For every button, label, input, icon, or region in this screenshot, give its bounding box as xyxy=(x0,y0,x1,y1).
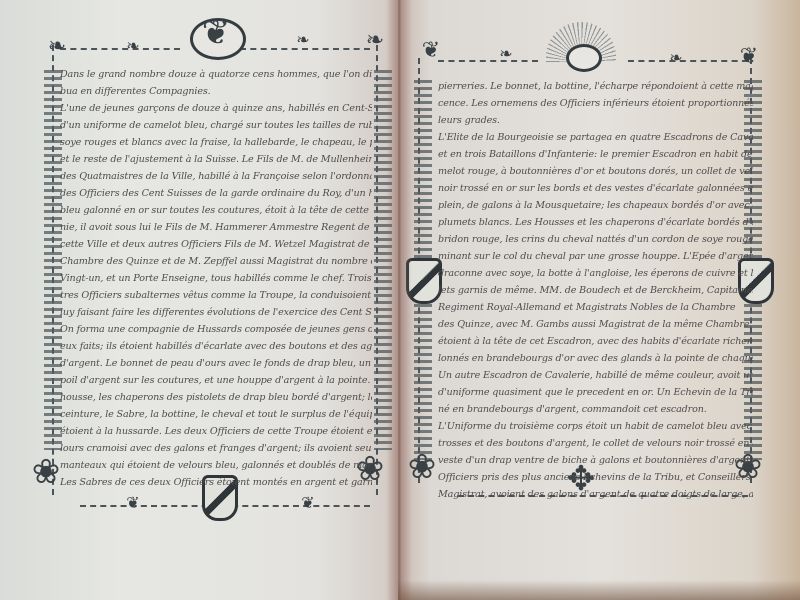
top-left-ornament-icon: ❦ xyxy=(418,40,444,62)
text-line: né en brandebourgs d'argent, commandoit … xyxy=(438,401,753,418)
left-page: ❦ ❧ ❧ ❧ ❧ ❀ ❀ ❦ ❦ Dans le grand nombre d… xyxy=(0,0,398,600)
text-line: luy faisant faire les differentes évolut… xyxy=(60,304,372,321)
book-gutter xyxy=(386,0,412,600)
text-line: L'Elite de la Bourgeoisie se partagea en… xyxy=(438,129,753,146)
text-line: nie, il avoit sous lui le Fils de M. Ham… xyxy=(60,219,372,236)
text-line: et en trois Bataillons d'Infanterie: le … xyxy=(438,146,753,163)
text-line: étoient à la hussarde. Les deux Officier… xyxy=(60,423,372,440)
text-line: melot rouge, à boutonnières d'or et bout… xyxy=(438,163,753,180)
top-scroll-ornament-icon: ❧ xyxy=(493,46,519,62)
page-edge-shadow xyxy=(398,580,800,600)
text-line: pierreries. Le bonnet, la bottine, l'éch… xyxy=(438,78,753,95)
text-line: On forma une compagnie de Hussards compo… xyxy=(60,321,372,338)
text-line: lonnés en brandebourgs d'or avec des gla… xyxy=(438,350,753,367)
top-scroll-ornament-icon: ❧ xyxy=(663,50,689,66)
top-left-ornament-icon: ❧ xyxy=(44,36,70,58)
text-line: d'un uniforme de camelot bleu, chargé su… xyxy=(60,117,372,134)
text-line: étoient à la tête de cet Escadron, avec … xyxy=(438,333,753,350)
right-page-body-text: pierreries. Le bonnet, la bottine, l'éch… xyxy=(438,78,753,503)
text-line: cence. Les ornemens des Officiers inféri… xyxy=(438,95,753,112)
text-line: des Quinze, avec M. Gambs aussi Magistra… xyxy=(438,316,753,333)
text-line: plein, de galons à la Mousquetaire; les … xyxy=(438,197,753,214)
text-line: minant sur le col du cheval par une gros… xyxy=(438,248,753,265)
text-line: Magistrat, avoient des galons d'argent d… xyxy=(438,486,753,503)
text-line: housse, les chaperons des pistolets de d… xyxy=(60,389,372,406)
text-line: Chambre des Quinze et de M. Zepffel auss… xyxy=(60,253,372,270)
text-line: d'uniforme quasiment que le precedent en… xyxy=(438,384,753,401)
text-line: bua en differentes Compagnies. xyxy=(60,83,372,100)
text-line: Dans le grand nombre douze à quatorze ce… xyxy=(60,66,372,83)
text-line: Vingt-un, et un Porte Enseigne, tous hab… xyxy=(60,270,372,287)
top-right-ornament-icon: ❧ xyxy=(362,30,388,52)
top-center-ornament-icon: ❦ xyxy=(196,16,236,50)
text-line: noir trossé en or sur les bords et des v… xyxy=(438,180,753,197)
top-border-rule-left xyxy=(438,60,538,62)
text-line: plumets blancs. Les Housses et les chape… xyxy=(438,214,753,231)
text-line: ceinture, le Sabre, la bottine, le cheva… xyxy=(60,406,372,423)
text-line: Regiment Royal-Allemand et Magistrats No… xyxy=(438,299,753,316)
top-cartouche xyxy=(566,44,602,72)
text-line: Officiers pris des plus anciens Echevins… xyxy=(438,469,753,486)
text-line: L'Uniforme du troisième corps étoit un h… xyxy=(438,418,753,435)
left-page-body-text: Dans le grand nombre douze à quatorze ce… xyxy=(60,66,372,491)
bottom-scroll-ornament-icon: ❦ xyxy=(295,495,321,511)
top-right-ornament-icon: ❦ xyxy=(736,46,762,68)
text-line: des Officiers des Cent Suisses de la gar… xyxy=(60,185,372,202)
text-line: veste d'un drap ventre de biche à galons… xyxy=(438,452,753,469)
top-scroll-ornament-icon: ❧ xyxy=(120,38,146,54)
text-line: bridon rouge, les crins du cheval nattés… xyxy=(438,231,753,248)
bottom-scroll-ornament-icon: ❦ xyxy=(120,495,146,511)
text-line: trosses et des boutons d'argent, le coll… xyxy=(438,435,753,452)
text-line: Les Sabres de ces deux Officiers étoient… xyxy=(60,474,372,491)
text-line: draconne avec soye, la botte à l'anglois… xyxy=(438,265,753,282)
text-line: Un autre Escadron de Cavalerie, habillé … xyxy=(438,367,753,384)
text-line: lets garnis de même. MM. de Boudech et d… xyxy=(438,282,753,299)
text-line: soye rouges et blancs avec la fraise, la… xyxy=(60,134,372,151)
top-scroll-ornament-icon: ❧ xyxy=(290,32,316,48)
right-page: ❦ ❦ ❧ ❧ ✥ ❀ ❀ pierreries. Le bonnet, la … xyxy=(398,0,800,600)
text-line: bleu galonné en or sur toutes les coutur… xyxy=(60,202,372,219)
text-line: lours cramoisi avec des galons et frange… xyxy=(60,440,372,457)
text-line: eux faits; ils étoient habillés d'écarla… xyxy=(60,338,372,355)
text-line: d'argent. Le bonnet de peau d'ours avec … xyxy=(60,355,372,372)
text-line: manteaux qui étoient de velours bleu, ga… xyxy=(60,457,372,474)
text-line: des Quatmaistres de la Ville, habillé à … xyxy=(60,168,372,185)
open-book: ❦ ❧ ❧ ❧ ❧ ❀ ❀ ❦ ❦ Dans le grand nombre d… xyxy=(0,0,800,600)
text-line: cette Ville et deux autres Officiers Fil… xyxy=(60,236,372,253)
text-line: L'une de jeunes garçons de douze à quinz… xyxy=(60,100,372,117)
text-line: et le reste de l'ajustement à la Suisse.… xyxy=(60,151,372,168)
text-line: tres Officiers subalternes vêtus comme l… xyxy=(60,287,372,304)
text-line: leurs grades. xyxy=(438,112,753,129)
text-line: poil d'argent sur les coutures, et une h… xyxy=(60,372,372,389)
